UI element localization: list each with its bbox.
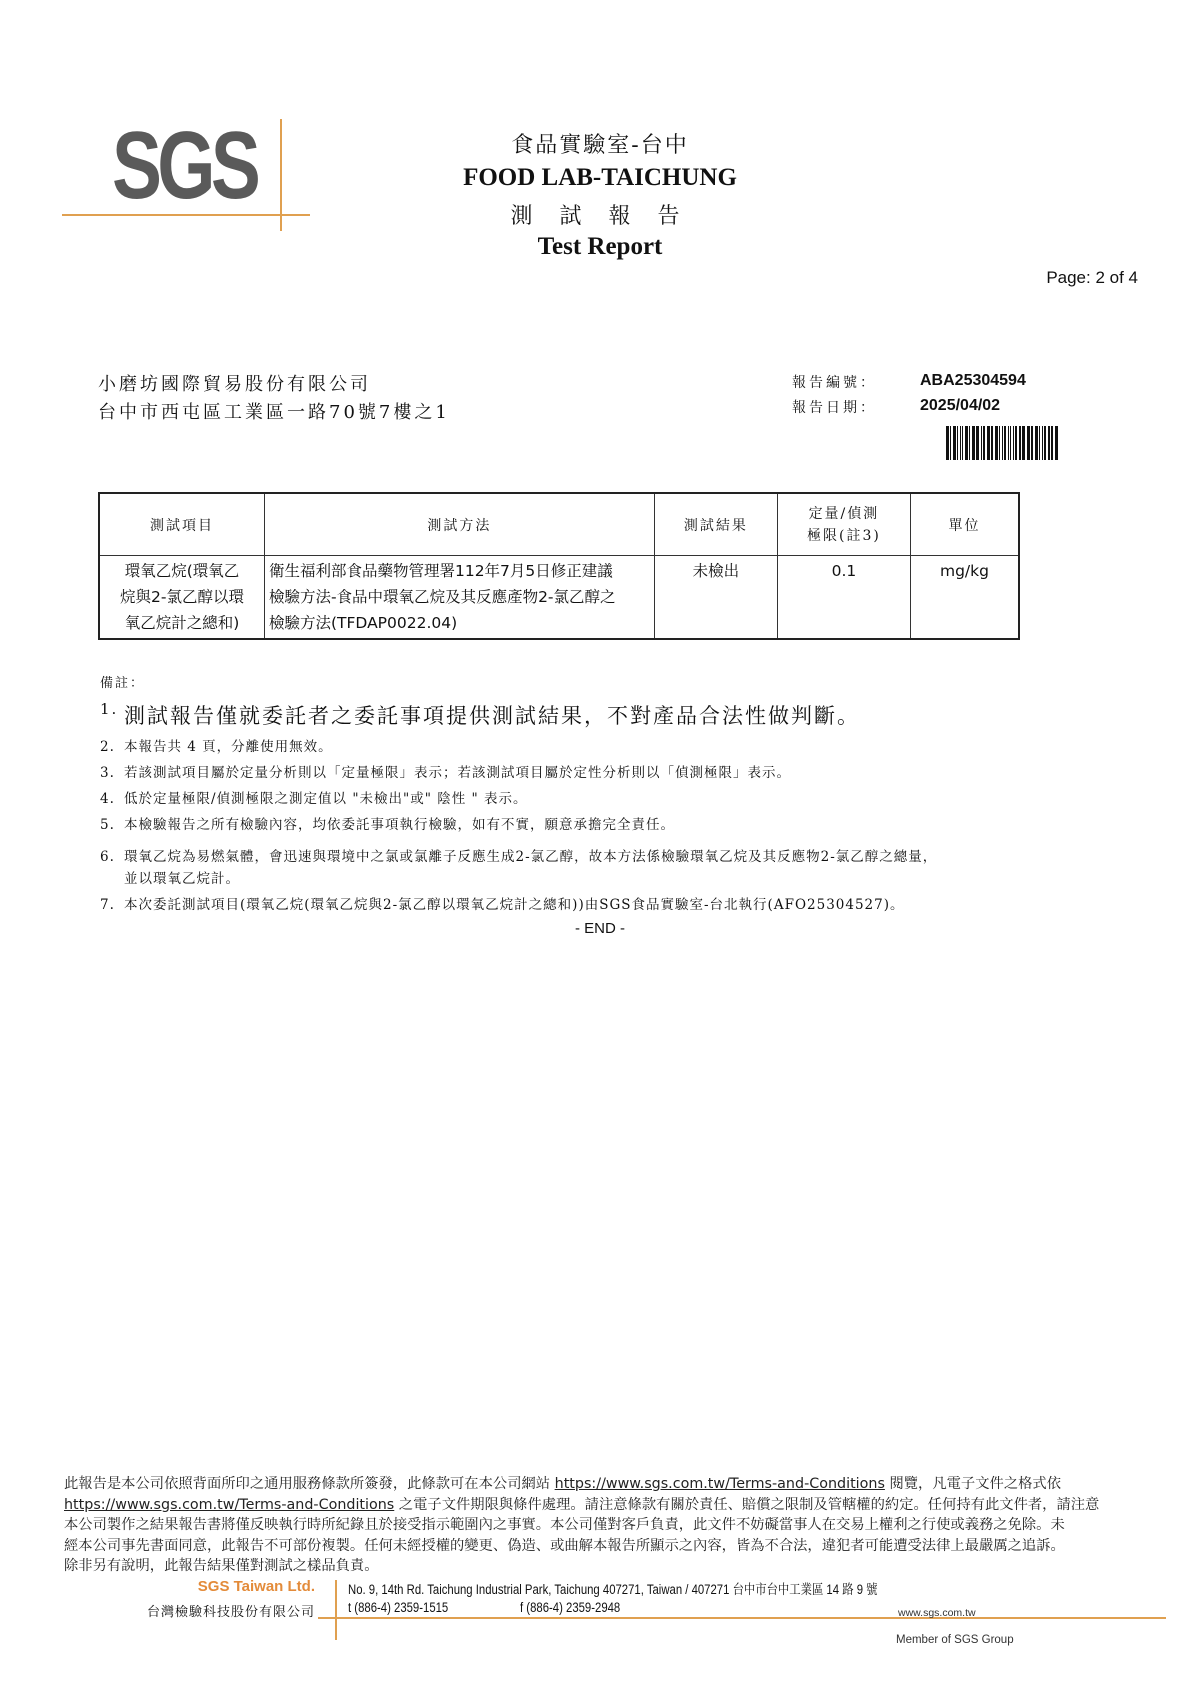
- footer-telephone: t (886-4) 2359-1515: [348, 1600, 448, 1615]
- report-number-label: 報告編號：: [792, 372, 877, 392]
- end-mark: - END -: [0, 920, 1200, 937]
- footer-vertical-rule: [335, 1580, 337, 1640]
- disclaimer-line: 經本公司事先書面同意，此報告不可部份複製。任何未經授權的變更、偽造、或曲解本報告…: [64, 1536, 1154, 1557]
- disclaimer-line: https://www.sgs.com.tw/Terms-and-Conditi…: [64, 1495, 1154, 1516]
- report-title-zh: 測 試 報 告: [420, 199, 780, 230]
- terms-link[interactable]: https://www.sgs.com.tw/Terms-and-Conditi…: [555, 1476, 885, 1492]
- footer-horizontal-rule: [318, 1617, 1166, 1619]
- footer-member-note: Member of SGS Group: [896, 1634, 1014, 1646]
- sgs-logo: SGS: [112, 118, 256, 214]
- report-number: ABA25304594: [920, 372, 1026, 390]
- cell-limit: 0.1: [777, 556, 910, 640]
- lab-name-en: FOOD LAB-TAICHUNG: [420, 164, 780, 192]
- note-item: 7.本次委託測試項目(環氧乙烷(環氧乙烷與2-氯乙醇以環氧乙烷計之總和))由SG…: [100, 893, 905, 913]
- note-text: 環氧乙烷為易燃氣體，會迅速與環境中之氯或氯離子反應生成2-氯乙醇，故本方法係檢驗…: [124, 849, 937, 865]
- note-item: 6.環氧乙烷為易燃氣體，會迅速與環境中之氯或氯離子反應生成2-氯乙醇，故本方法係…: [100, 845, 937, 865]
- report-barcode: [946, 426, 1104, 460]
- cell-item: 環氧乙烷(環氧乙 烷與2-氯乙醇以環 氧乙烷計之總和): [99, 556, 264, 640]
- note-text-continued: 並以環氧乙烷計。: [124, 867, 240, 887]
- cell-item-line: 烷與2-氯乙醇以環: [104, 584, 260, 610]
- footer-company-en: SGS Taiwan Ltd.: [198, 1578, 315, 1595]
- note-item: 1.測試報告僅就委託者之委託事項提供測試結果，不對產品合法性做判斷。: [100, 700, 860, 730]
- results-table: 測試項目 測試方法 測試結果 定量/偵測 極限(註3) 單位 環氧乙烷(環氧乙 …: [98, 492, 1020, 640]
- note-item: 3.若該測試項目屬於定量分析則以「定量極限」表示；若該測試項目屬於定性分析則以「…: [100, 761, 791, 781]
- note-text: 測試報告僅就委託者之委託事項提供測試結果，不對產品合法性做判斷。: [124, 704, 860, 728]
- report-date-label: 報告日期：: [792, 397, 877, 417]
- notes-title: 備註：: [100, 672, 145, 691]
- note-number: 3.: [100, 765, 124, 781]
- footer-fax: f (886-4) 2359-2948: [520, 1600, 620, 1615]
- report-title-en: Test Report: [420, 233, 780, 261]
- header-limit-line1: 定量/偵測: [779, 503, 909, 525]
- note-text: 本報告共 4 頁，分離使用無效。: [124, 739, 333, 755]
- header-unit: 單位: [910, 493, 1019, 556]
- cell-unit: mg/kg: [910, 556, 1019, 640]
- note-text: 本檢驗報告之所有檢驗內容，均依委託事項執行檢驗，如有不實，願意承擔完全責任。: [124, 817, 675, 833]
- disclaimer-line: 本公司製作之結果報告書將僅反映執行時所紀錄且於接受指示範圍內之事實。本公司僅對客…: [64, 1515, 1154, 1536]
- header-method: 測試方法: [264, 493, 654, 556]
- cell-method-line: 衛生福利部食品藥物管理署112年7月5日修正建議: [269, 558, 650, 584]
- footer-website[interactable]: www.sgs.com.tw: [898, 1607, 976, 1619]
- client-address: 台中市西屯區工業區一路70號7樓之1: [98, 398, 450, 424]
- cell-method: 衛生福利部食品藥物管理署112年7月5日修正建議 檢驗方法-食品中環氧乙烷及其反…: [264, 556, 654, 640]
- note-number: 2.: [100, 739, 124, 755]
- report-date: 2025/04/02: [920, 397, 1000, 415]
- note-item: 5.本檢驗報告之所有檢驗內容，均依委託事項執行檢驗，如有不實，願意承擔完全責任。: [100, 813, 675, 833]
- table-row: 環氧乙烷(環氧乙 烷與2-氯乙醇以環 氧乙烷計之總和) 衛生福利部食品藥物管理署…: [99, 556, 1019, 640]
- header-limit: 定量/偵測 極限(註3): [777, 493, 910, 556]
- client-name: 小磨坊國際貿易股份有限公司: [98, 370, 371, 396]
- cell-method-line: 檢驗方法(TFDAP0022.04): [269, 610, 650, 636]
- logo-vertical-rule: [280, 119, 282, 231]
- disclaimer-text: 之電子文件期限與條件處理。請注意條款有關於責任、賠償之限制及管轄權的約定。任何持…: [394, 1497, 1099, 1513]
- disclaimer-text: 閱覽，凡電子文件之格式依: [885, 1476, 1061, 1492]
- footer-company-zh: 台灣檢驗科技股份有限公司: [147, 1601, 315, 1620]
- note-number: 7.: [100, 897, 124, 913]
- header-item: 測試項目: [99, 493, 264, 556]
- note-number: 5.: [100, 817, 124, 833]
- disclaimer-line: 除非另有說明，此報告結果僅對測試之樣品負責。: [64, 1556, 1154, 1577]
- header-result: 測試結果: [654, 493, 777, 556]
- note-text: 低於定量極限/偵測極限之測定值以 "未檢出"或" 陰性 " 表示。: [124, 791, 528, 807]
- note-item: 4.低於定量極限/偵測極限之測定值以 "未檢出"或" 陰性 " 表示。: [100, 787, 528, 807]
- note-text: 本次委託測試項目(環氧乙烷(環氧乙烷與2-氯乙醇以環氧乙烷計之總和))由SGS食…: [124, 897, 905, 913]
- header-limit-line2: 極限(註3): [779, 525, 909, 547]
- table-header-row: 測試項目 測試方法 測試結果 定量/偵測 極限(註3) 單位: [99, 493, 1019, 556]
- logo-horizontal-rule: [62, 214, 310, 216]
- note-number: 1.: [100, 700, 124, 718]
- footer-address: No. 9, 14th Rd. Taichung Industrial Park…: [348, 1578, 877, 1598]
- cell-item-line: 氧乙烷計之總和): [104, 610, 260, 636]
- disclaimer-line: 此報告是本公司依照背面所印之通用服務條款所簽發，此條款可在本公司網站 https…: [64, 1474, 1154, 1495]
- page-number: Page: 2 of 4: [1046, 268, 1138, 288]
- note-number: 4.: [100, 791, 124, 807]
- lab-name-zh: 食品實驗室-台中: [420, 128, 780, 159]
- note-item: 2.本報告共 4 頁，分離使用無效。: [100, 735, 333, 755]
- terms-link[interactable]: https://www.sgs.com.tw/Terms-and-Conditi…: [64, 1497, 394, 1513]
- cell-method-line: 檢驗方法-食品中環氧乙烷及其反應產物2-氯乙醇之: [269, 584, 650, 610]
- disclaimer-text: 此報告是本公司依照背面所印之通用服務條款所簽發，此條款可在本公司網站: [64, 1476, 555, 1492]
- legal-disclaimer: 此報告是本公司依照背面所印之通用服務條款所簽發，此條款可在本公司網站 https…: [64, 1474, 1154, 1577]
- cell-result: 未檢出: [654, 556, 777, 640]
- cell-item-line: 環氧乙烷(環氧乙: [104, 558, 260, 584]
- note-number: 6.: [100, 849, 124, 865]
- note-text: 若該測試項目屬於定量分析則以「定量極限」表示；若該測試項目屬於定性分析則以「偵測…: [124, 765, 791, 781]
